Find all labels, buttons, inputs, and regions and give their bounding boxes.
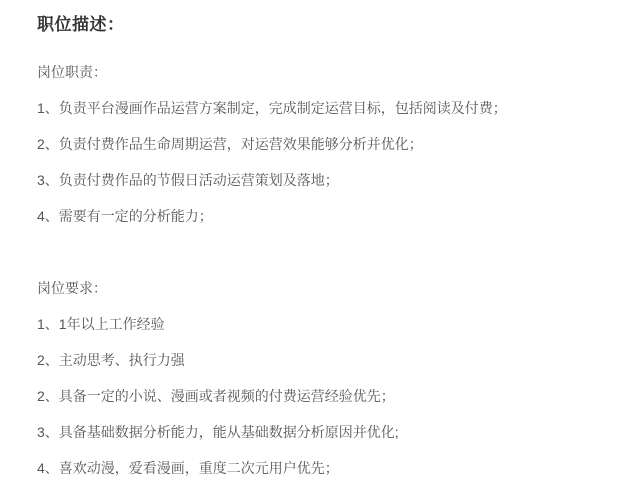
job-description-content: 职位描述： 岗位职责： 1、负责平台漫画作品运营方案制定，完成制定运营目标，包括… [0, 0, 638, 478]
requirement-item-1: 1、1年以上工作经验 [37, 314, 608, 334]
responsibility-item-3: 3、负责付费作品的节假日活动运营策划及落地； [37, 170, 608, 190]
requirement-item-5: 4、喜欢动漫，爱看漫画，重度二次元用户优先； [37, 458, 608, 478]
page-title: 职位描述： [37, 12, 608, 38]
requirement-item-4: 3、具备基础数据分析能力，能从基础数据分析原因并优化; [37, 422, 608, 442]
section-spacer [37, 242, 608, 278]
job-description-page: 职位描述： 岗位职责： 1、负责平台漫画作品运营方案制定，完成制定运营目标，包括… [0, 0, 638, 482]
requirement-item-3: 2、具备一定的小说、漫画或者视频的付费运营经验优先； [37, 386, 608, 406]
section-heading-responsibilities: 岗位职责： [37, 62, 608, 82]
requirement-item-2: 2、主动思考、执行力强 [37, 350, 608, 370]
responsibility-item-4: 4、需要有一定的分析能力； [37, 206, 608, 226]
section-heading-requirements: 岗位要求： [37, 278, 608, 298]
responsibility-item-1: 1、负责平台漫画作品运营方案制定，完成制定运营目标，包括阅读及付费； [37, 98, 608, 118]
responsibility-item-2: 2、负责付费作品生命周期运营，对运营效果能够分析并优化； [37, 134, 608, 154]
